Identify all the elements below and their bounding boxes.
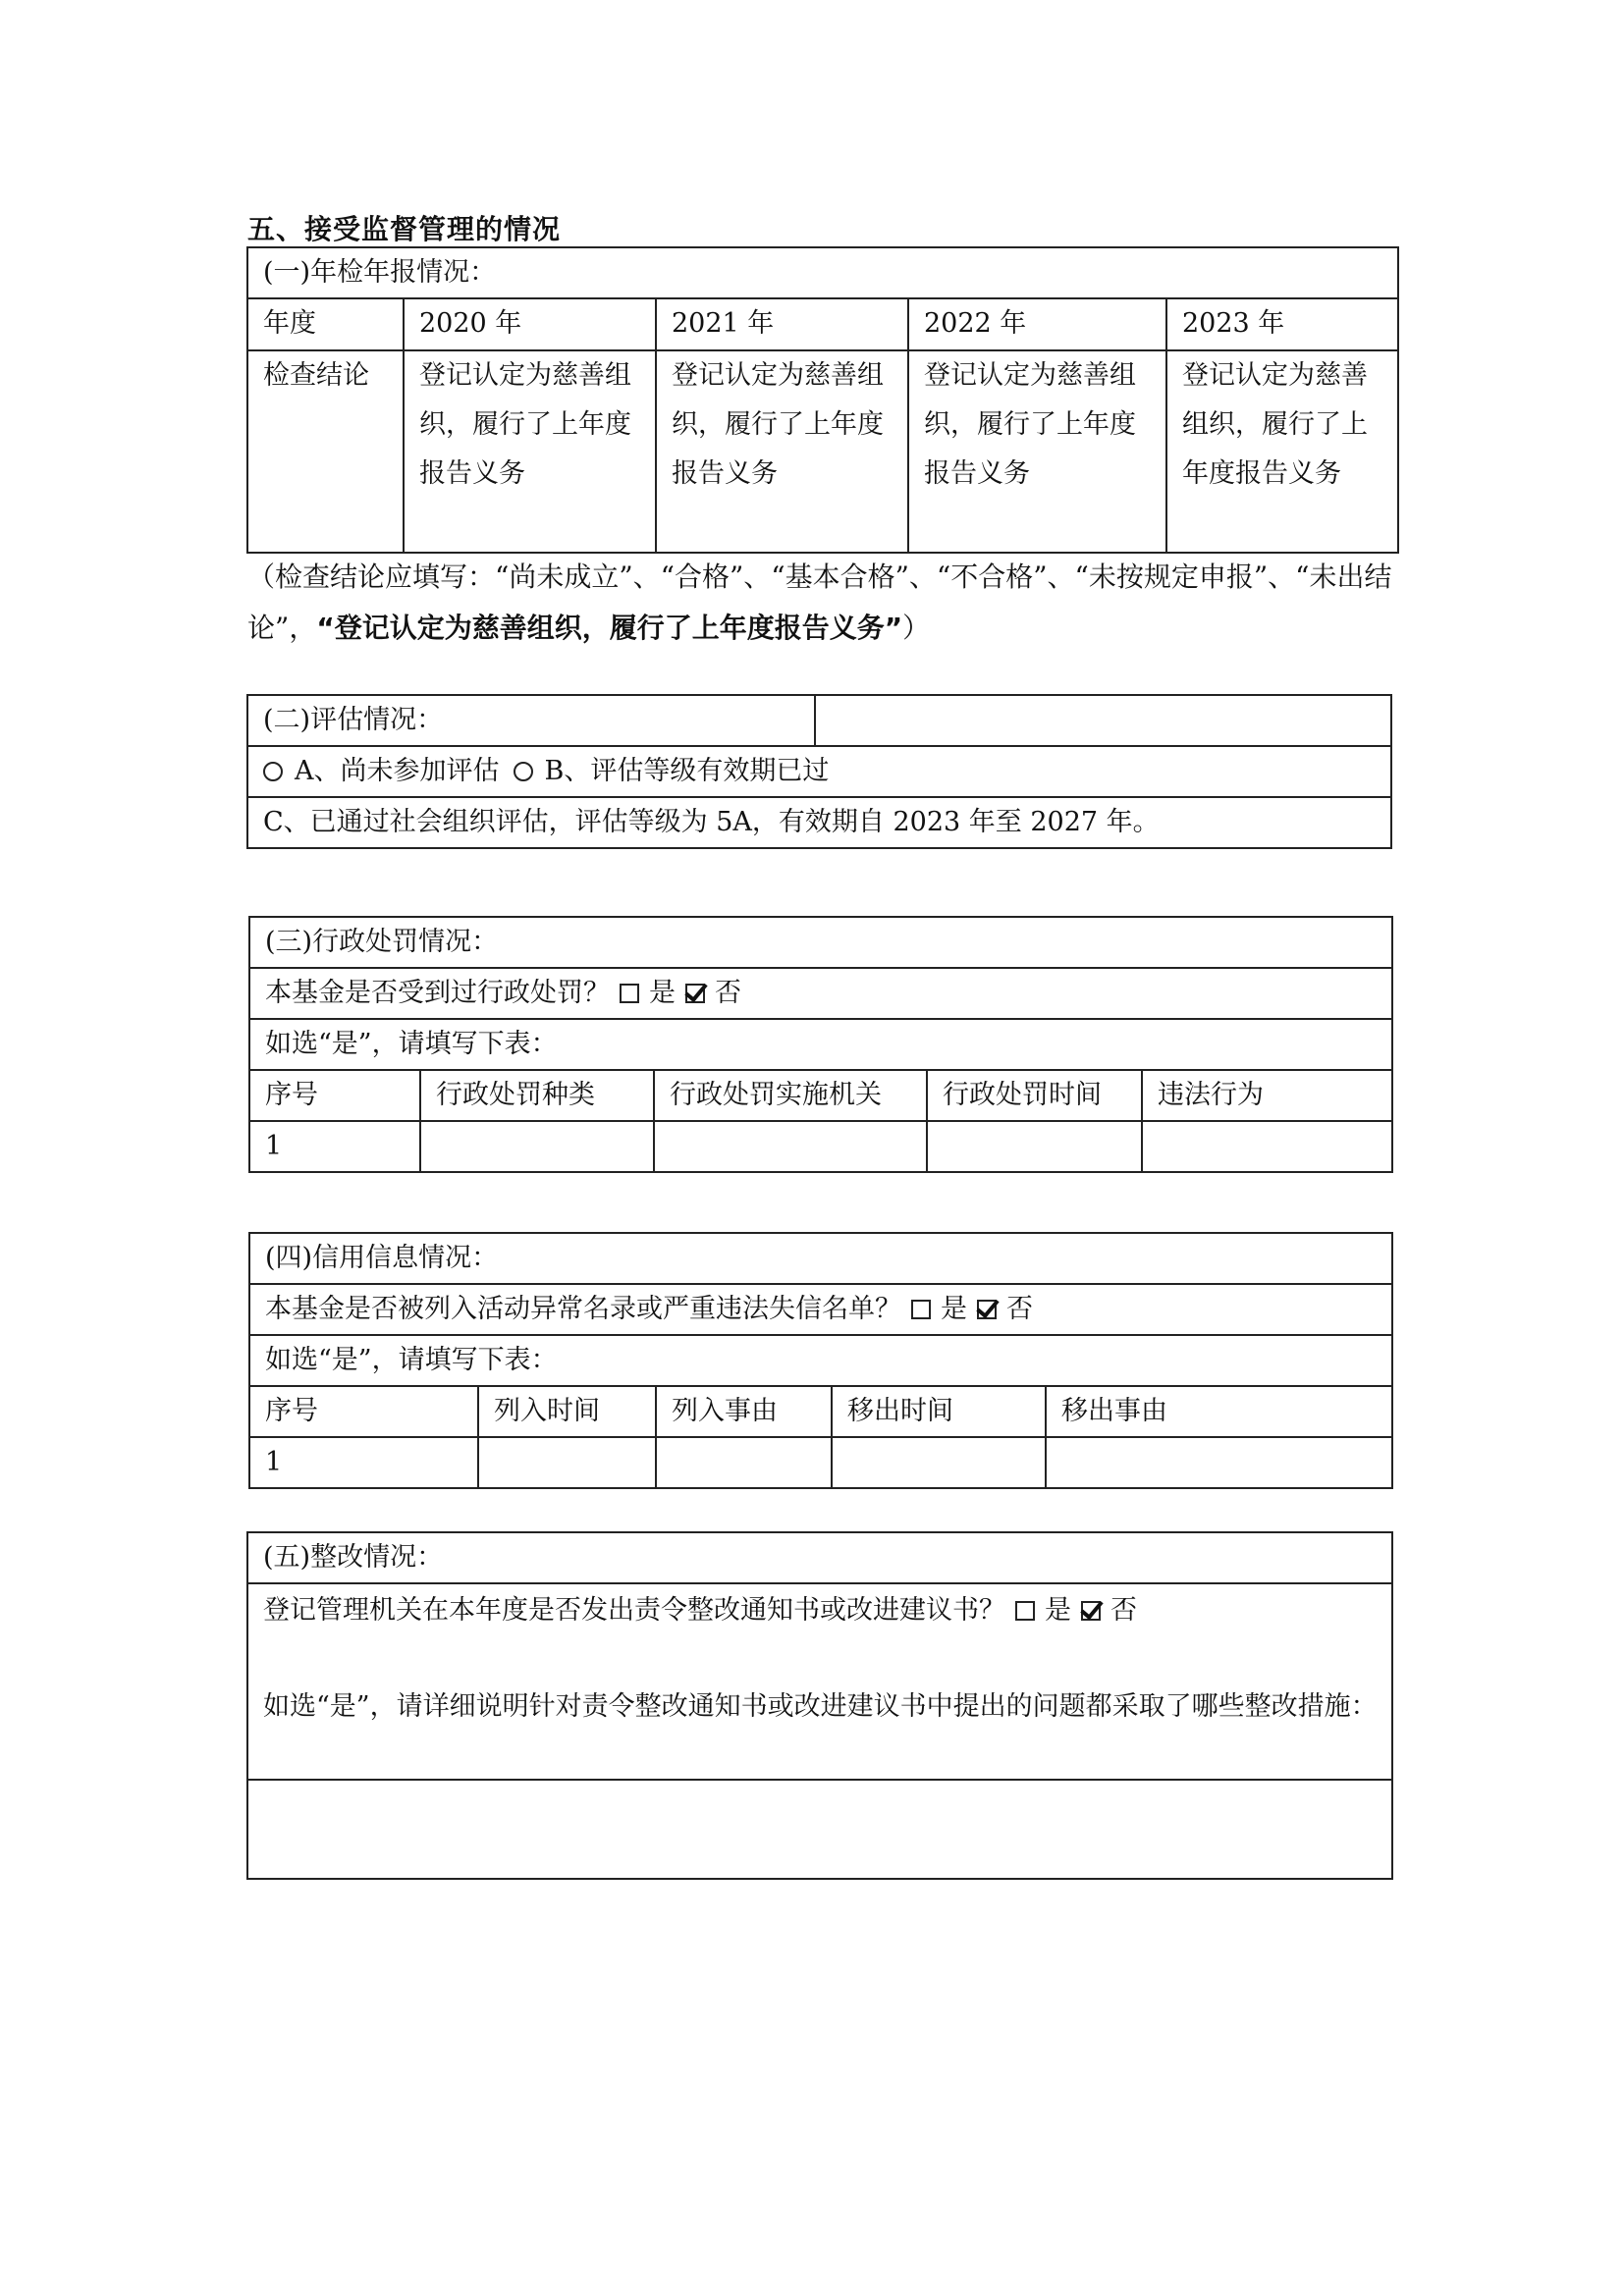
- credit-if-yes: 如选“是”，请填写下表：: [249, 1335, 1392, 1386]
- penalty-cell-violation[interactable]: [1142, 1121, 1392, 1172]
- year-2021: 2021 年: [656, 298, 908, 350]
- penalty-col-type: 行政处罚种类: [420, 1070, 654, 1121]
- rectification-answer-field[interactable]: [247, 1780, 1392, 1879]
- penalty-col-no: 序号: [249, 1070, 420, 1121]
- credit-cell-remove-time[interactable]: [832, 1437, 1046, 1488]
- penalty-question: 本基金是否受到过行政处罚？: [265, 978, 610, 1008]
- rectification-table: (五)整改情况： 登记管理机关在本年度是否发出责令整改通知书或改进建议书？是否 …: [246, 1531, 1393, 1880]
- option-b-label: B、评估等级有效期已过: [545, 756, 830, 786]
- radio-option-a[interactable]: [263, 762, 283, 781]
- penalty-yes-label: 是: [649, 978, 676, 1008]
- credit-cell-no[interactable]: 1: [249, 1437, 478, 1488]
- penalty-cell-authority[interactable]: [654, 1121, 927, 1172]
- credit-heading: (四)信用信息情况：: [249, 1233, 1392, 1284]
- result-2020: 登记认定为慈善组织，履行了上年度报告义务: [404, 350, 656, 553]
- year-2020: 2020 年: [404, 298, 656, 350]
- penalty-col-authority: 行政处罚实施机关: [654, 1070, 927, 1121]
- rectification-no-checkbox[interactable]: [1081, 1601, 1101, 1621]
- credit-question-row: 本基金是否被列入活动异常名录或严重违法失信名单？是否: [249, 1284, 1392, 1335]
- note-suffix: ）: [902, 612, 930, 644]
- section-title: 五、接受监督管理的情况: [247, 208, 561, 247]
- annual-check-heading: (一)年检年报情况：: [247, 247, 1398, 298]
- credit-table: (四)信用信息情况： 本基金是否被列入活动异常名录或严重违法失信名单？是否 如选…: [248, 1232, 1393, 1489]
- penalty-yes-checkbox[interactable]: [620, 984, 639, 1003]
- result-2023: 登记认定为慈善组织，履行了上年度报告义务: [1166, 350, 1398, 553]
- penalty-col-time: 行政处罚时间: [927, 1070, 1142, 1121]
- credit-col-list-time: 列入时间: [478, 1386, 656, 1437]
- penalty-table: (三)行政处罚情况： 本基金是否受到过行政处罚？是否 如选“是”，请填写下表： …: [248, 916, 1393, 1173]
- penalty-no-label: 否: [715, 978, 741, 1008]
- result-2022: 登记认定为慈善组织，履行了上年度报告义务: [908, 350, 1166, 553]
- rectification-no-label: 否: [1110, 1595, 1137, 1626]
- penalty-col-violation: 违法行为: [1142, 1070, 1392, 1121]
- credit-cell-list-reason[interactable]: [656, 1437, 832, 1488]
- penalty-heading: (三)行政处罚情况：: [249, 917, 1392, 968]
- penalty-question-row: 本基金是否受到过行政处罚？是否: [249, 968, 1392, 1019]
- penalty-cell-type[interactable]: [420, 1121, 654, 1172]
- credit-col-list-reason: 列入事由: [656, 1386, 832, 1437]
- evaluation-empty-cell: [815, 695, 1391, 746]
- rectification-heading: (五)整改情况：: [247, 1532, 1392, 1583]
- rectification-question: 登记管理机关在本年度是否发出责令整改通知书或改进建议书？: [263, 1595, 1005, 1626]
- credit-yes-checkbox[interactable]: [911, 1300, 931, 1319]
- credit-question: 本基金是否被列入活动异常名录或严重违法失信名单？: [265, 1294, 901, 1324]
- evaluation-table: (二)评估情况： A、尚未参加评估B、评估等级有效期已过 C、已通过社会组织评估…: [246, 694, 1392, 849]
- evaluation-options-ab: A、尚未参加评估B、评估等级有效期已过: [247, 746, 1391, 797]
- result-2021: 登记认定为慈善组织，履行了上年度报告义务: [656, 350, 908, 553]
- rectification-if-yes: 如选“是”，请详细说明针对责令整改通知书或改进建议书中提出的问题都采取了哪些整改…: [263, 1682, 1381, 1732]
- credit-no-label: 否: [1006, 1294, 1033, 1324]
- credit-cell-remove-reason[interactable]: [1046, 1437, 1392, 1488]
- table-row: 1: [249, 1437, 1392, 1488]
- note-bold: “登记认定为慈善组织，履行了上年度报告义务”: [316, 612, 902, 644]
- radio-option-b[interactable]: [514, 762, 533, 781]
- penalty-if-yes: 如选“是”，请填写下表：: [249, 1019, 1392, 1070]
- rectification-yes-checkbox[interactable]: [1015, 1601, 1035, 1621]
- penalty-no-checkbox[interactable]: [685, 984, 705, 1003]
- credit-col-no: 序号: [249, 1386, 478, 1437]
- credit-no-checkbox[interactable]: [977, 1300, 997, 1319]
- penalty-cell-no[interactable]: 1: [249, 1121, 420, 1172]
- annual-check-note: （检查结论应填写：“尚未成立”、“合格”、“基本合格”、“不合格”、“未按规定申…: [247, 552, 1401, 654]
- rectification-question-cell: 登记管理机关在本年度是否发出责令整改通知书或改进建议书？是否 如选“是”，请详细…: [247, 1583, 1392, 1780]
- credit-yes-label: 是: [941, 1294, 967, 1324]
- evaluation-heading: (二)评估情况：: [247, 695, 815, 746]
- year-label: 年度: [247, 298, 404, 350]
- penalty-cell-time[interactable]: [927, 1121, 1142, 1172]
- annual-check-table: (一)年检年报情况： 年度 2020 年 2021 年 2022 年 2023 …: [246, 246, 1399, 554]
- year-2023: 2023 年: [1166, 298, 1398, 350]
- rectification-yes-label: 是: [1045, 1595, 1071, 1626]
- year-2022: 2022 年: [908, 298, 1166, 350]
- credit-col-remove-reason: 移出事由: [1046, 1386, 1392, 1437]
- option-c-label: C、已通过社会组织评估，评估等级为 5A，有效期自 2023 年至 2027 年…: [247, 797, 1391, 848]
- table-row: 1: [249, 1121, 1392, 1172]
- credit-cell-list-time[interactable]: [478, 1437, 656, 1488]
- result-label: 检查结论: [247, 350, 404, 553]
- option-a-label: A、尚未参加评估: [295, 756, 500, 786]
- credit-col-remove-time: 移出时间: [832, 1386, 1046, 1437]
